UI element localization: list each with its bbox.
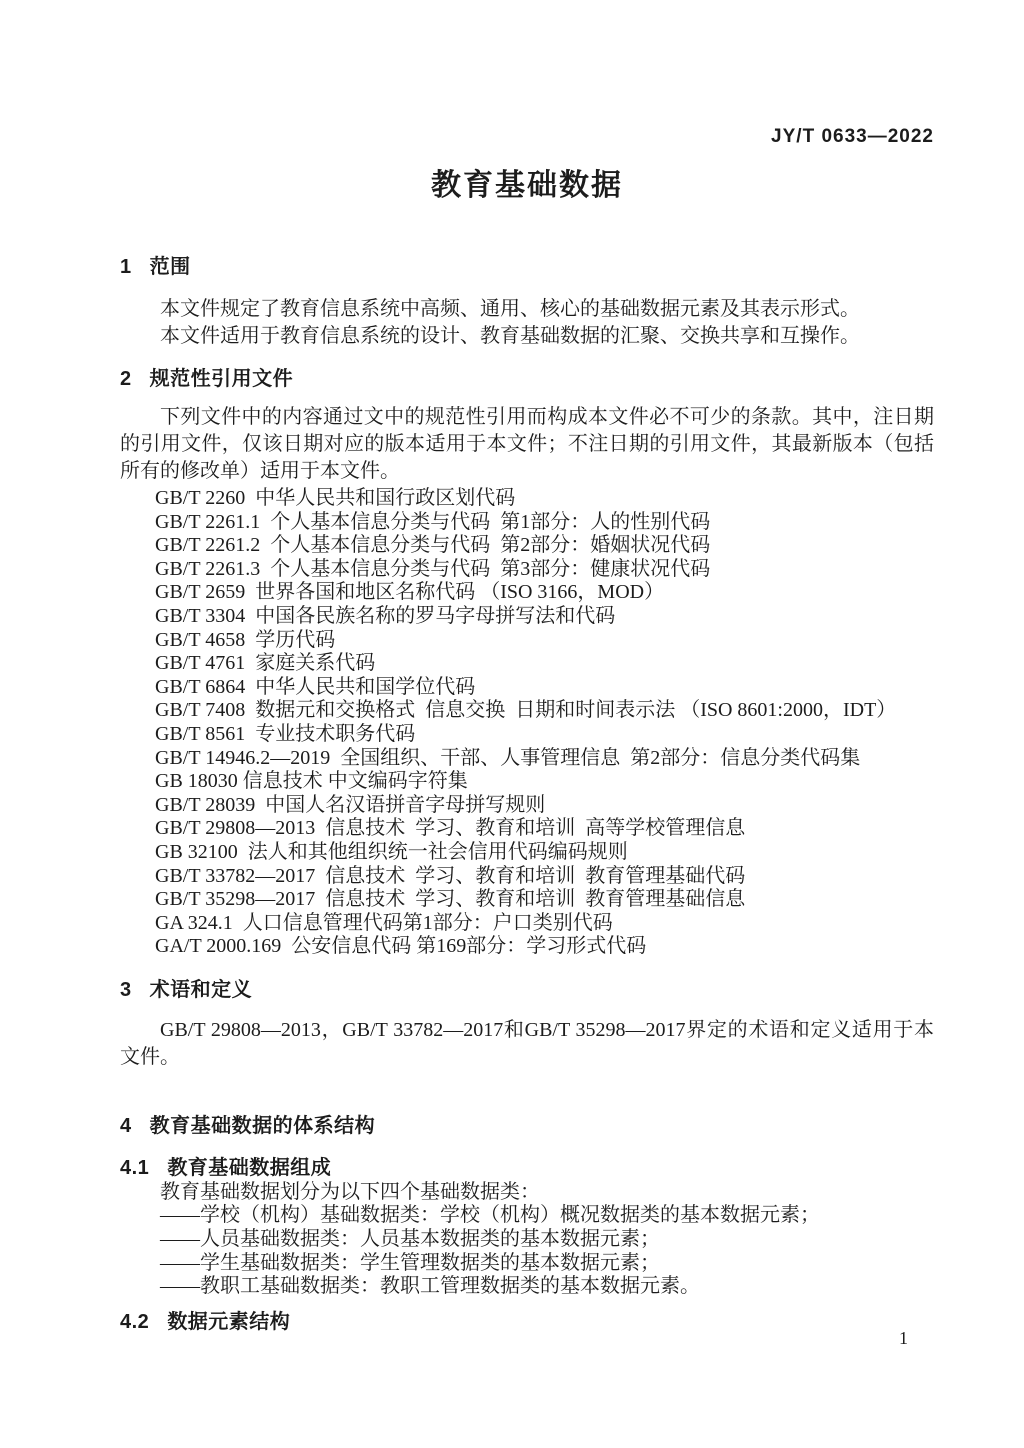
section-title: 数据元素结构 [167,1311,290,1333]
section-4-1-heading: 4.1教育基础数据组成 [120,1155,934,1181]
reference-item: GB/T 4761 家庭关系代码 [120,652,934,676]
data-class-item: ——学校（机构）基础数据类：学校（机构）概况数据类的基本数据元素； [120,1204,934,1228]
section-1-paragraph: 本文件适用于教育信息系统的设计、教育基础数据的汇聚、交换共享和互操作。 [120,323,934,350]
data-class-item: ——人员基础数据类：人员基本数据类的基本数据元素； [120,1228,934,1252]
section-number: 4.1 [120,1155,149,1181]
section-number: 3 [120,977,132,1003]
reference-item: GB/T 2261.3 个人基本信息分类与代码 第3部分：健康状况代码 [120,558,934,582]
section-3-heading: 3术语和定义 [120,977,934,1003]
reference-item: GB/T 4658 学历代码 [120,629,934,653]
data-class-list: ——学校（机构）基础数据类：学校（机构）概况数据类的基本数据元素； ——人员基础… [120,1204,934,1298]
section-title: 术语和定义 [150,979,253,1001]
document-title: 教育基础数据 [120,168,934,204]
section-number: 4.2 [120,1309,149,1335]
reference-item: GB/T 8561 专业技术职务代码 [120,723,934,747]
reference-item: GB/T 2659 世界各国和地区名称代码 （ISO 3166，MOD） [120,581,934,605]
reference-item: GA/T 2000.169 公安信息代码 第169部分：学习形式代码 [120,935,934,959]
reference-item: GB/T 2261.1 个人基本信息分类与代码 第1部分：人的性别代码 [120,511,934,535]
reference-item: GB/T 2260 中华人民共和国行政区划代码 [120,487,934,511]
reference-item: GB/T 2261.2 个人基本信息分类与代码 第2部分：婚姻状况代码 [120,534,934,558]
reference-item: GB/T 33782—2017 信息技术 学习、教育和培训 教育管理基础代码 [120,865,934,889]
data-class-item: ——学生基础数据类：学生管理数据类的基本数据元素； [120,1252,934,1276]
section-title: 教育基础数据组成 [167,1157,331,1179]
section-number: 4 [120,1113,132,1139]
reference-item: GB/T 28039 中国人名汉语拼音字母拼写规则 [120,794,934,818]
data-class-item: ——教职工基础数据类：教职工管理数据类的基本数据元素。 [120,1275,934,1299]
section-4-1-intro: 教育基础数据划分为以下四个基础数据类： [120,1181,934,1205]
reference-item: GB/T 35298—2017 信息技术 学习、教育和培训 教育管理基础信息 [120,888,934,912]
section-title: 规范性引用文件 [150,368,294,390]
section-4-heading: 4教育基础数据的体系结构 [120,1113,934,1139]
reference-item: GA 324.1 人口信息管理代码第1部分：户口类别代码 [120,912,934,936]
reference-item: GB/T 6864 中华人民共和国学位代码 [120,676,934,700]
section-4-2-heading: 4.2数据元素结构 [120,1309,934,1335]
document-page: JY/T 0633—2022 教育基础数据 1范围 本文件规定了教育信息系统中高… [0,0,1024,1448]
section-title: 范围 [150,256,191,278]
page-number: 1 [899,1327,908,1349]
section-2-intro: 下列文件中的内容通过文中的规范性引用而构成本文件必不可少的条款。其中，注日期的引… [120,404,934,485]
section-1-heading: 1范围 [120,254,934,280]
section-number: 2 [120,366,132,392]
reference-item: GB 18030 信息技术 中文编码字符集 [120,770,934,794]
section-title: 教育基础数据的体系结构 [150,1115,376,1137]
reference-item: GB/T 29808—2013 信息技术 学习、教育和培训 高等学校管理信息 [120,817,934,841]
section-3-paragraph: GB/T 29808—2013，GB/T 33782—2017和GB/T 352… [120,1017,934,1071]
reference-item: GB 32100 法人和其他组织统一社会信用代码编码规则 [120,841,934,865]
reference-item: GB/T 14946.2—2019 全国组织、干部、人事管理信息 第2部分：信息… [120,747,934,771]
section-1-paragraph: 本文件规定了教育信息系统中高频、通用、核心的基础数据元素及其表示形式。 [120,296,934,323]
standard-code: JY/T 0633—2022 [120,126,934,148]
reference-item: GB/T 3304 中国各民族名称的罗马字母拼写法和代码 [120,605,934,629]
reference-item: GB/T 7408 数据元和交换格式 信息交换 日期和时间表示法 （ISO 86… [120,699,934,723]
section-number: 1 [120,254,132,280]
section-2-heading: 2规范性引用文件 [120,366,934,392]
normative-reference-list: GB/T 2260 中华人民共和国行政区划代码 GB/T 2261.1 个人基本… [120,487,934,959]
